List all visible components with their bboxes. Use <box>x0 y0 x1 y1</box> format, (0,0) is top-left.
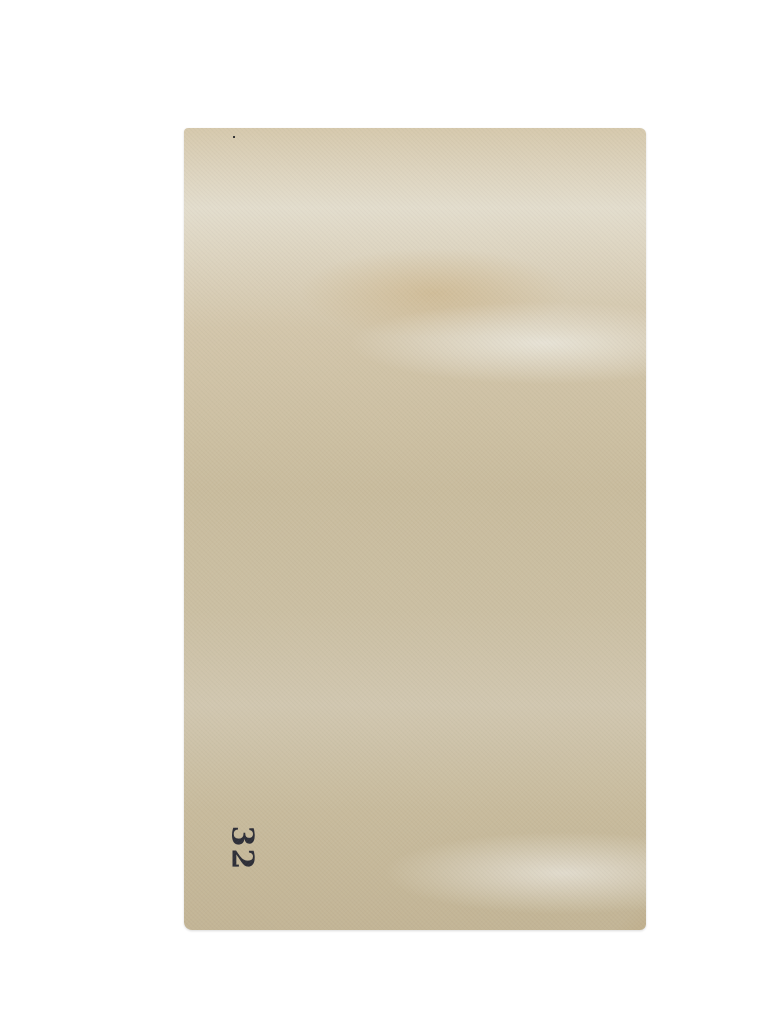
card: 32 <box>184 128 646 930</box>
stamped-number: 32 <box>222 818 262 878</box>
card-number: 32 <box>225 825 260 871</box>
ink-speck <box>233 136 235 138</box>
